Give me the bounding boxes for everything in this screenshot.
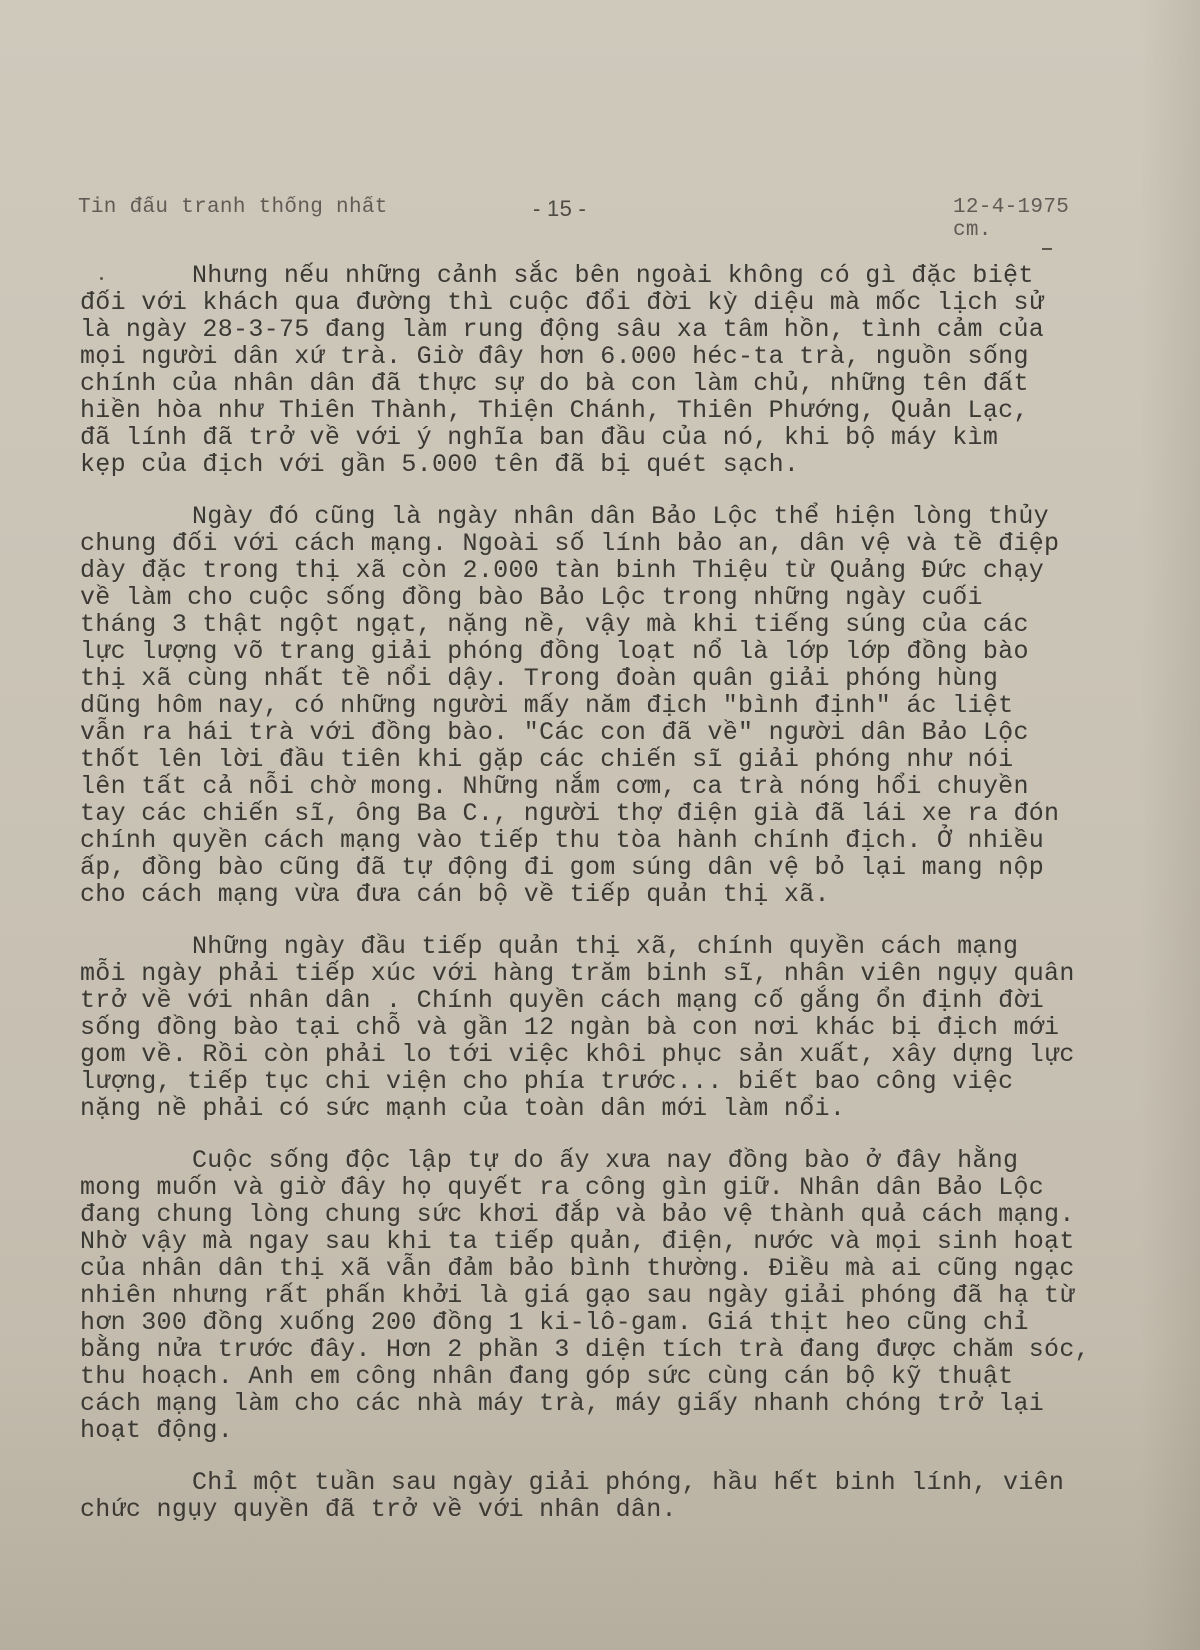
text-line: vẫn ra hái trà với đồng bào. "Các con đã… bbox=[80, 719, 1140, 746]
text-line: Nhưng nếu những cảnh sắc bên ngoài không… bbox=[80, 262, 1140, 289]
text-line: mọi người dân xứ trà. Giờ đây hơn 6.000 … bbox=[80, 343, 1140, 370]
text-line: chính quyền cách mạng vào tiếp thu tòa h… bbox=[80, 827, 1140, 854]
text-line: Những ngày đầu tiếp quản thị xã, chính q… bbox=[80, 933, 1140, 960]
text-line: tay các chiến sĩ, ông Ba C., người thợ đ… bbox=[80, 800, 1140, 827]
text-line: tháng 3 thật ngột ngạt, nặng nề, vậy mà … bbox=[80, 611, 1140, 638]
text-line: đang chung lòng chung sức khơi đắp và bả… bbox=[80, 1201, 1140, 1228]
text-line: Chỉ một tuần sau ngày giải phóng, hầu hế… bbox=[80, 1469, 1140, 1496]
text-line: cho cách mạng vừa đưa cán bộ về tiếp quả… bbox=[80, 881, 1140, 908]
text-line: chức ngụy quyền đã trở về với nhân dân. bbox=[80, 1496, 1140, 1523]
header-date: 12-4-1975 cm. bbox=[953, 196, 1118, 242]
text-line: là ngày 28-3-75 đang làm rung động sâu x… bbox=[80, 316, 1140, 343]
text-line: đã lính đã trở về với ý nghĩa ban đầu củ… bbox=[80, 424, 1140, 451]
text-line: hiền hòa như Thiên Thành, Thiện Chánh, T… bbox=[80, 397, 1140, 424]
text-line: của nhân dân thị xã vẫn đảm bảo bình thư… bbox=[80, 1255, 1140, 1282]
text-line: Nhờ vậy mà ngay sau khi ta tiếp quản, đi… bbox=[80, 1228, 1140, 1255]
text-line: cách mạng làm cho các nhà máy trà, máy g… bbox=[80, 1390, 1140, 1417]
typewritten-page: Tin đấu tranh thống nhất - 15 - 12-4-197… bbox=[0, 0, 1200, 1650]
text-line: trở về với nhân dân . Chính quyền cách m… bbox=[80, 987, 1140, 1014]
text-line: đối với khách qua đường thì cuộc đổi đời… bbox=[80, 289, 1140, 316]
document-body: Nhưng nếu những cảnh sắc bên ngoài không… bbox=[80, 262, 1140, 1548]
text-line: chính của nhân dân đã thực sự do bà con … bbox=[80, 370, 1140, 397]
paragraph-5: Chỉ một tuần sau ngày giải phóng, hầu hế… bbox=[80, 1469, 1140, 1523]
paragraph-1: Nhưng nếu những cảnh sắc bên ngoài không… bbox=[80, 262, 1140, 478]
text-line: lượng, tiếp tục chi viện cho phía trước.… bbox=[80, 1068, 1140, 1095]
text-line: lực lượng võ trang giải phóng đồng loạt … bbox=[80, 638, 1140, 665]
text-line: thị xã cùng nhất tề nổi dậy. Trong đoàn … bbox=[80, 665, 1140, 692]
text-line: hơn 300 đồng xuống 200 đồng 1 ki-lô-gam.… bbox=[80, 1309, 1140, 1336]
text-line: Ngày đó cũng là ngày nhân dân Bảo Lộc th… bbox=[80, 503, 1140, 530]
paragraph-4: Cuộc sống độc lập tự do ấy xưa nay đồng … bbox=[80, 1147, 1140, 1444]
text-line: mỗi ngày phải tiếp xúc với hàng trăm bin… bbox=[80, 960, 1140, 987]
text-line: nhiên nhưng rất phấn khởi là giá gạo sau… bbox=[80, 1282, 1140, 1309]
text-line: kẹp của địch với gần 5.000 tên đã bị qué… bbox=[80, 451, 1140, 478]
header-page-number: - 15 - bbox=[533, 196, 586, 222]
text-line: dày đặc trong thị xã còn 2.000 tàn binh … bbox=[80, 557, 1140, 584]
text-line: thốt lên lời đầu tiên khi gặp các chiến … bbox=[80, 746, 1140, 773]
text-line: sống đồng bào tại chỗ và gần 12 ngàn bà … bbox=[80, 1014, 1140, 1041]
paragraph-3: Những ngày đầu tiếp quản thị xã, chính q… bbox=[80, 933, 1140, 1122]
text-line: hoạt động. bbox=[80, 1417, 1140, 1444]
text-line: chung đối với cách mạng. Ngoài số lính b… bbox=[80, 530, 1140, 557]
text-line: về làm cho cuộc sống đồng bào Bảo Lộc tr… bbox=[80, 584, 1140, 611]
text-line: lên tất cả nỗi chờ mong. Những nắm cơm, … bbox=[80, 773, 1140, 800]
header-publication-title: Tin đấu tranh thống nhất bbox=[78, 196, 388, 219]
text-line: gom về. Rồi còn phải lo tới việc khôi ph… bbox=[80, 1041, 1140, 1068]
text-line: nặng nề phải có sức mạnh của toàn dân mớ… bbox=[80, 1095, 1140, 1122]
text-line: ấp, đồng bào cũng đã tự động đi gom súng… bbox=[80, 854, 1140, 881]
text-line: dũng hôm nay, có những người mấy năm địc… bbox=[80, 692, 1140, 719]
page-header: Tin đấu tranh thống nhất - 15 - 12-4-197… bbox=[78, 196, 1118, 228]
text-line: mong muốn và giờ đây họ quyết ra công gì… bbox=[80, 1174, 1140, 1201]
text-line: bằng nửa trước đây. Hơn 2 phần 3 diện tí… bbox=[80, 1336, 1140, 1363]
margin-mark bbox=[1042, 248, 1052, 250]
text-line: Cuộc sống độc lập tự do ấy xưa nay đồng … bbox=[80, 1147, 1140, 1174]
text-line: thu hoạch. Anh em công nhân đang góp sức… bbox=[80, 1363, 1140, 1390]
paragraph-2: Ngày đó cũng là ngày nhân dân Bảo Lộc th… bbox=[80, 503, 1140, 908]
